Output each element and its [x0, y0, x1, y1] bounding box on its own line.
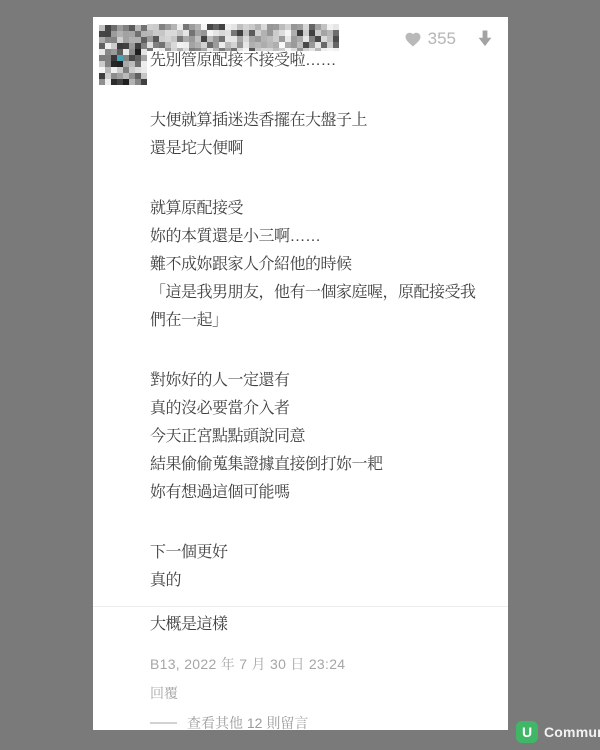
- comment-line: 對妳好的人一定還有: [150, 367, 496, 395]
- view-more-label: 查看其他 12 則留言: [187, 713, 308, 733]
- comment-card: 355 先別管原配接不接受啦……大便就算插迷迭香擺在大盤子上還是坨大便啊就算原配…: [93, 17, 508, 730]
- avatar-blurred[interactable]: [99, 25, 147, 85]
- reply-button[interactable]: 回覆: [150, 684, 178, 702]
- comment-line: 妳有想過這個可能嗎: [150, 479, 496, 507]
- comment-line: 就算原配接受: [150, 195, 496, 223]
- like-count: 355: [428, 29, 456, 49]
- comment-line: 先別管原配接不接受啦……: [150, 47, 496, 75]
- comment-line: 難不成妳跟家人介紹他的時候: [150, 251, 496, 279]
- comment-line: 下一個更好: [150, 539, 496, 567]
- comment-line: [150, 75, 496, 107]
- comment-line: [150, 335, 496, 367]
- like-button[interactable]: 355: [404, 29, 456, 49]
- comment-line: 「這是我男朋友，他有一個家庭喔，原配接受我: [150, 279, 496, 307]
- heart-icon: [404, 31, 422, 48]
- u-logo-badge: U: [516, 721, 538, 743]
- comment-line: 妳的本質還是小三啊……: [150, 223, 496, 251]
- community-watermark: U Community: [516, 721, 600, 743]
- comment-timestamp: B13, 2022 年 7 月 30 日 23:24: [150, 655, 496, 673]
- comment-line: 還是坨大便啊: [150, 135, 496, 163]
- view-more-comments-button[interactable]: 查看其他 12 則留言: [150, 713, 496, 733]
- comment-content: 先別管原配接不接受啦……大便就算插迷迭香擺在大盤子上還是坨大便啊就算原配接受妳的…: [150, 47, 496, 733]
- dash-line: [150, 722, 177, 724]
- comment-line: 大便就算插迷迭香擺在大盤子上: [150, 107, 496, 135]
- comment-body: 先別管原配接不接受啦……大便就算插迷迭香擺在大盤子上還是坨大便啊就算原配接受妳的…: [150, 47, 496, 595]
- comment-line: [150, 163, 496, 195]
- community-logo-text: Community: [544, 724, 600, 740]
- comment-closing-line: 大概是這樣: [150, 611, 496, 639]
- comment-line: 真的沒必要當介入者: [150, 395, 496, 423]
- comment-line: [150, 507, 496, 539]
- download-arrow-icon[interactable]: [477, 29, 493, 48]
- comment-line: 結果偷偷蒐集證據直接倒打妳一耙: [150, 451, 496, 479]
- comment-line: 今天正宮點點頭說同意: [150, 423, 496, 451]
- comment-line: 真的: [150, 567, 496, 595]
- comment-line: 們在一起」: [150, 307, 496, 335]
- divider: [93, 606, 508, 607]
